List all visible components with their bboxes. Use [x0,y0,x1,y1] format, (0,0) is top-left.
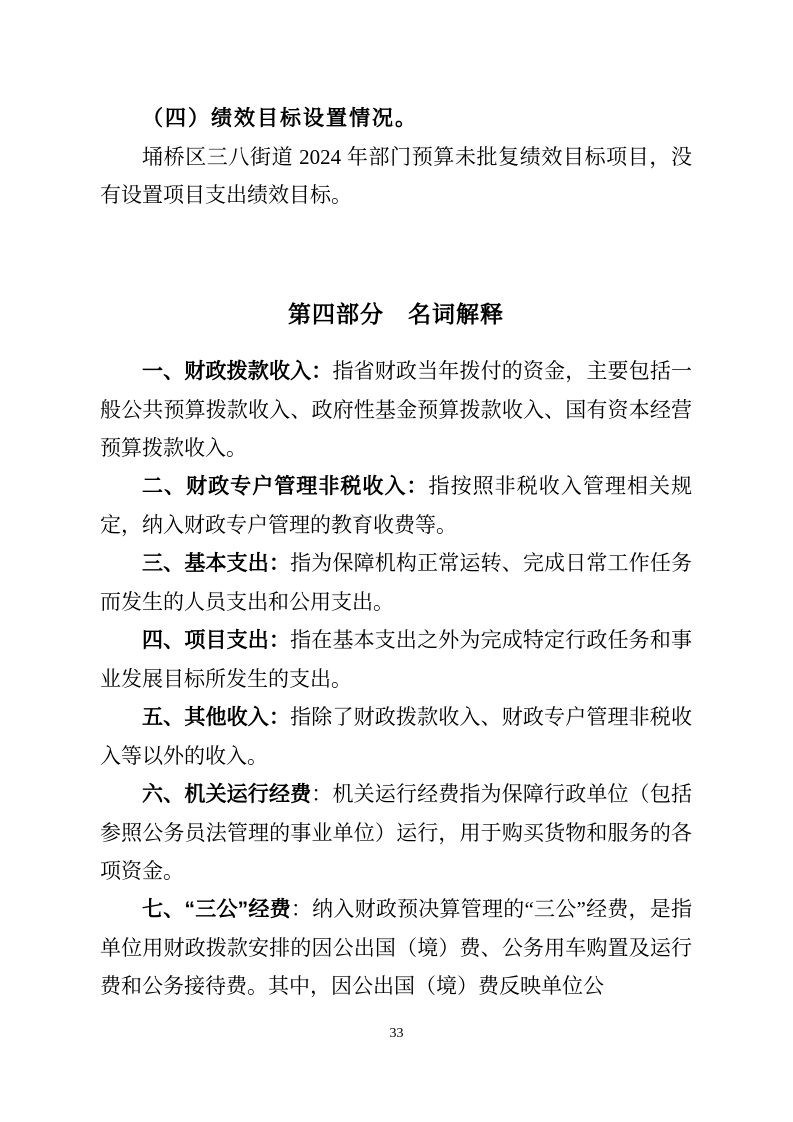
term-5-label: 五、其他收入： [142,706,290,729]
term-item-4: 四、项目支出：指在基本支出之外为完成特定行政任务和事业发展目标所发生的支出。 [100,621,692,698]
term-item-6: 六、机关运行经费：机关运行经费指为保障行政单位（包括参照公务员法管理的事业单位）… [100,775,692,890]
term-7-label: 七、“三公”经费 [142,898,291,921]
part-title: 第四部分 名词解释 [100,294,692,334]
term-item-1: 一、财政拨款收入：指省财政当年拨付的资金，主要包括一般公共预算拨款收入、政府性基… [100,352,692,467]
term-6-label: 六、机关运行经费 [142,783,311,806]
term-1-label: 一、财政拨款收入： [142,360,332,383]
term-item-5: 五、其他收入：指除了财政拨款收入、财政专户管理非税收入等以外的收入。 [100,698,692,775]
section-heading: （四）绩效目标设置情况。 [100,100,692,138]
term-item-7: 七、“三公”经费：纳入财政预决算管理的“三公”经费，是指单位用财政拨款安排的因公… [100,890,692,1005]
term-item-2: 二、财政专户管理非税收入：指按照非税收入管理相关规定，纳入财政专户管理的教育收费… [100,467,692,544]
page-content: （四）绩效目标设置情况。 埇桥区三八街道 2024 年部门预算未批复绩效目标项目… [100,100,692,1005]
term-2-label: 二、财政专户管理非税收入： [142,475,429,498]
term-3-label: 三、基本支出： [142,552,290,575]
terms-list: 一、财政拨款收入：指省财政当年拨付的资金，主要包括一般公共预算拨款收入、政府性基… [100,352,692,1005]
term-item-3: 三、基本支出：指为保障机构正常运转、完成日常工作任务而发生的人员支出和公用支出。 [100,544,692,621]
term-4-label: 四、项目支出： [142,629,290,652]
page-number: 33 [0,1026,793,1042]
section-paragraph: 埇桥区三八街道 2024 年部门预算未批复绩效目标项目，没有设置项目支出绩效目标… [100,138,692,214]
document-page: （四）绩效目标设置情况。 埇桥区三八街道 2024 年部门预算未批复绩效目标项目… [0,0,793,1122]
